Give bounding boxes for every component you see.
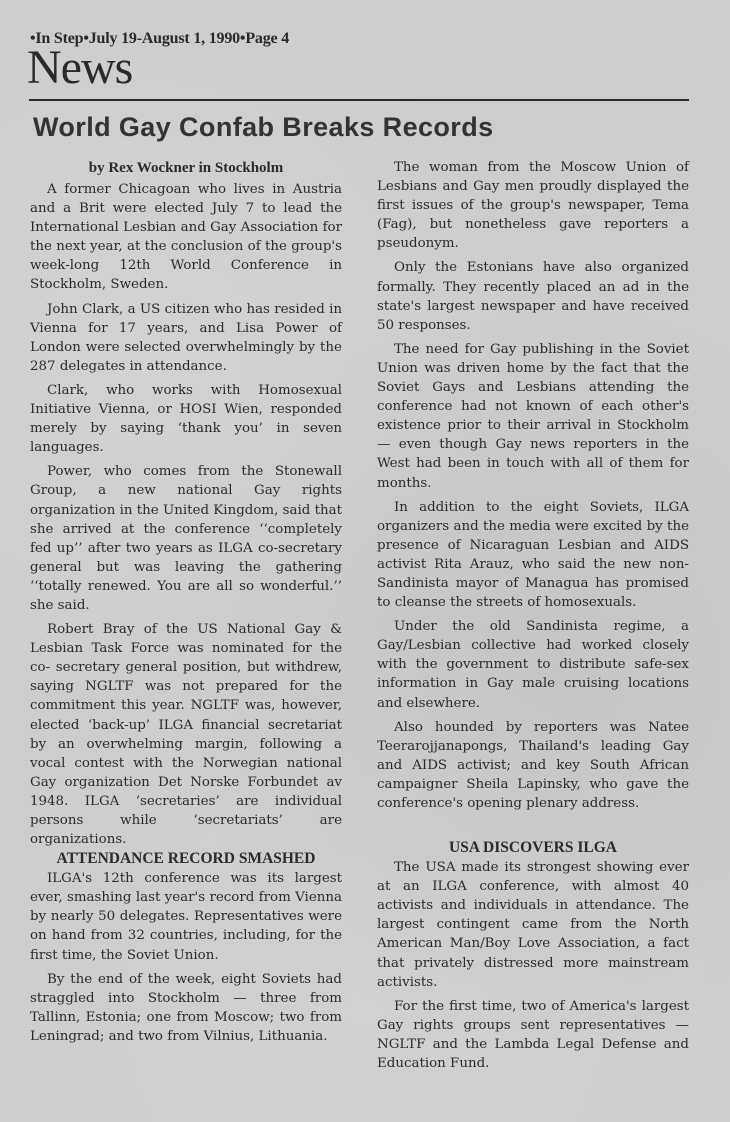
paragraph: Clark, who works with Homosexual Initiat…: [30, 381, 342, 457]
subhead-attendance: ATTENDANCE RECORD SMASHED: [30, 849, 342, 869]
article-column-left: by Rex Wockner in Stockholm A former Chi…: [30, 158, 342, 1051]
paragraph: Under the old Sandinista regime, a Gay/L…: [377, 617, 689, 712]
article-column-right: The woman from the Moscow Union of Lesbi…: [377, 158, 689, 1078]
paragraph: John Clark, a US citizen who has resided…: [30, 300, 342, 376]
section-rule-divider: [29, 99, 689, 101]
byline: by Rex Wockner in Stockholm: [30, 158, 342, 178]
paragraph: For the first time, two of America's lar…: [377, 997, 689, 1073]
column-spacer: [377, 818, 689, 838]
paragraph: By the end of the week, eight Soviets ha…: [30, 970, 342, 1046]
paragraph: The woman from the Moscow Union of Lesbi…: [377, 158, 689, 253]
paragraph: The need for Gay publishing in the Sovie…: [377, 340, 689, 493]
paragraph: A former Chicagoan who lives in Austria …: [30, 180, 342, 295]
paragraph: Only the Estonians have also organized f…: [377, 258, 689, 334]
article-headline: World Gay Confab Breaks Records: [33, 112, 494, 143]
subhead-usa: USA DISCOVERS ILGA: [377, 838, 689, 858]
paragraph: ILGA's 12th conference was its largest e…: [30, 869, 342, 964]
paragraph: Robert Bray of the US National Gay & Les…: [30, 620, 342, 849]
section-heading: News: [27, 44, 132, 92]
paragraph: Also hounded by reporters was Natee Teer…: [377, 718, 689, 813]
paragraph: In addition to the eight Soviets, ILGA o…: [377, 498, 689, 613]
paragraph: Power, who comes from the Stonewall Grou…: [30, 462, 342, 615]
paragraph: The USA made its strongest showing ever …: [377, 858, 689, 992]
